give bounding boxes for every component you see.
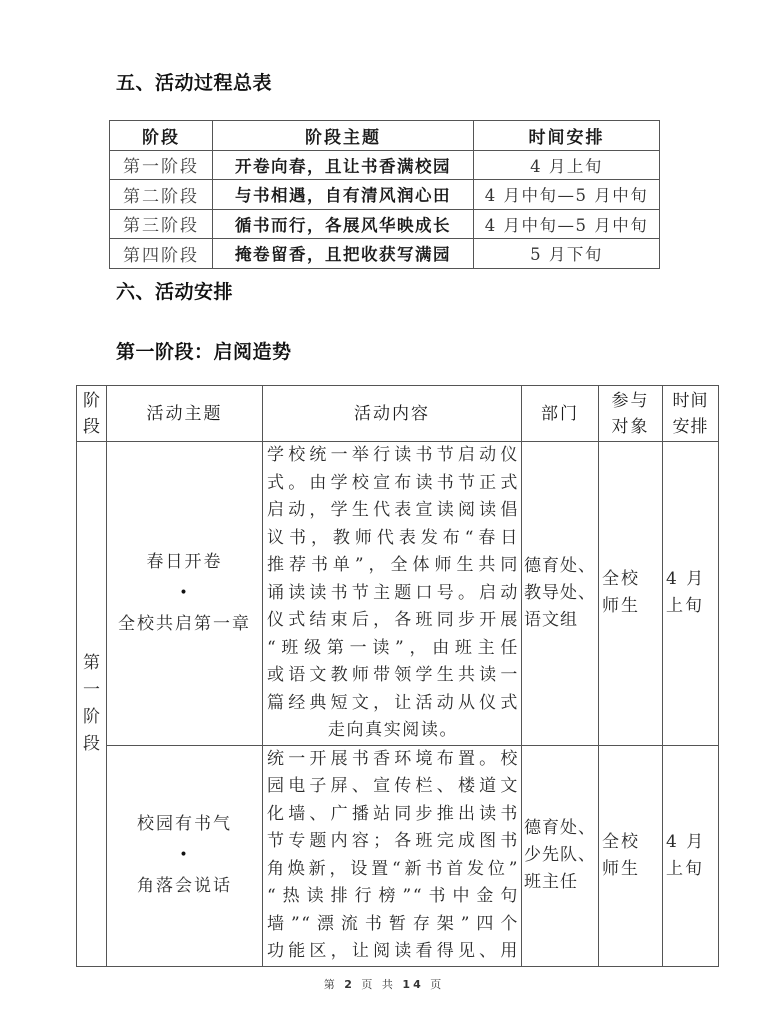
content-line: 式。由学校宣布读书节正式: [267, 470, 519, 498]
stage-label-char: 第: [77, 650, 106, 677]
content-line: 功能区，让阅读看得见、用: [267, 938, 519, 966]
section-heading-summary: 五、活动过程总表: [116, 68, 272, 95]
time-cell: 4 月中旬—5 月中旬: [474, 209, 660, 239]
time-cell: 5 月下旬: [474, 239, 660, 269]
header-dept: 部门: [522, 386, 599, 442]
header-stage-line: 段: [77, 414, 106, 440]
theme-cell: 开卷向春，且让书香满校园: [213, 150, 474, 180]
header-time-line: 时间: [663, 388, 718, 414]
theme-cell: 校园有书气 • 角落会说话: [107, 745, 263, 966]
content-line: 化墙、广播站同步推出读书: [267, 801, 519, 829]
theme-cell: 掩卷留香，且把收获写满园: [213, 239, 474, 269]
header-stage-line: 阶: [77, 388, 106, 414]
dept-line: 德育处、: [524, 815, 598, 842]
summary-table-header: 阶段 阶段主题 时间安排: [110, 121, 660, 151]
stage-label-cell: 第 一 阶 段: [77, 442, 107, 967]
stage-label-char: 段: [77, 731, 106, 758]
page-footer: 第 2 页 共 14 页: [0, 976, 768, 992]
content-line: 走向真实阅读。: [267, 717, 519, 745]
theme-title: 校园有书气: [107, 809, 262, 840]
header-target-line: 对象: [599, 414, 662, 440]
table-row: 校园有书气 • 角落会说话 统一开展书香环境布置。校 园电子屏、宣传栏、楼道文 …: [77, 745, 719, 966]
theme-cell: 与书相遇，自有清风润心田: [213, 180, 474, 210]
theme-subtitle: 角落会说话: [107, 871, 262, 902]
content-line: 或语文教师带领学生共读一: [267, 662, 519, 690]
dept-line: 语文组: [524, 607, 598, 634]
time-line: 上旬: [666, 856, 718, 883]
table-row: 第 一 阶 段 春日开卷 • 全校共启第一章 学校统一举行读书节启动仪 式。由学…: [77, 442, 719, 746]
dept-cell: 德育处、 教导处、 语文组: [522, 442, 599, 746]
header-stage: 阶段: [110, 121, 213, 151]
content-line: “班级第一读”，由班主任: [267, 635, 519, 663]
content-line: “热读排行榜”“书中金句: [267, 883, 519, 911]
content-line: 启动，学生代表宣读阅读倡: [267, 497, 519, 525]
time-line: 上旬: [666, 593, 718, 620]
page-number: 2: [344, 978, 355, 991]
activity-table-header: 阶 段 活动主题 活动内容 部门 参与 对象 时间 安排: [77, 386, 719, 442]
target-cell: 全校 师生: [599, 442, 663, 746]
stage-label-char: 阶: [77, 704, 106, 731]
header-stage: 阶 段: [77, 386, 107, 442]
stage-cell: 第四阶段: [110, 239, 213, 269]
content-line: 统一开展书香环境布置。校: [267, 746, 519, 774]
dept-cell: 德育处、 少先队、 班主任: [522, 745, 599, 966]
time-cell: 4 月中旬—5 月中旬: [474, 180, 660, 210]
dept-line: 班主任: [524, 869, 598, 896]
summary-table: 阶段 阶段主题 时间安排 第一阶段 开卷向春，且让书香满校园 4 月上旬 第二阶…: [109, 120, 660, 269]
content-line: 推荐书单”，全体师生共同: [267, 552, 519, 580]
table-row: 第四阶段 掩卷留香，且把收获写满园 5 月下旬: [110, 239, 660, 269]
footer-prefix: 第: [324, 978, 338, 991]
dept-line: 教导处、: [524, 580, 598, 607]
dept-line: 少先队、: [524, 842, 598, 869]
content-line: 墙”“漂流书暂存架”四个: [267, 911, 519, 939]
content-cell: 学校统一举行读书节启动仪 式。由学校宣布读书节正式 启动，学生代表宣读阅读倡 议…: [263, 442, 522, 746]
theme-subtitle: 全校共启第一章: [107, 609, 262, 640]
header-time: 时间安排: [474, 121, 660, 151]
stage-cell: 第三阶段: [110, 209, 213, 239]
content-line: 园电子屏、宣传栏、楼道文: [267, 773, 519, 801]
footer-middle: 页 共: [361, 978, 396, 991]
content-line: 篇经典短文，让活动从仪式: [267, 690, 519, 718]
header-target-line: 参与: [599, 388, 662, 414]
time-line: 4 月: [666, 566, 718, 593]
target-line: 全校: [602, 566, 662, 593]
header-target: 参与 对象: [599, 386, 663, 442]
target-cell: 全校 师生: [599, 745, 663, 966]
total-pages: 14: [402, 978, 423, 991]
stage1-heading: 第一阶段：启阅造势: [116, 337, 292, 364]
theme-cell: 循书而行，各展风华映成长: [213, 209, 474, 239]
section-heading-arrangement: 六、活动安排: [116, 277, 233, 304]
dept-line: 德育处、: [524, 553, 598, 580]
content-line: 学校统一举行读书节启动仪: [267, 442, 519, 470]
stage-label-char: 一: [77, 677, 106, 704]
content-line: 仪式结束后，各班同步开展: [267, 607, 519, 635]
bullet-dot-icon: •: [107, 578, 262, 609]
content-line: 角焕新，设置“新书首发位”: [267, 856, 519, 884]
theme-cell: 春日开卷 • 全校共启第一章: [107, 442, 263, 746]
content-line: 议书，教师代表发布“春日: [267, 525, 519, 553]
stage-cell: 第一阶段: [110, 150, 213, 180]
target-line: 全校: [602, 829, 662, 856]
table-row: 第一阶段 开卷向春，且让书香满校园 4 月上旬: [110, 150, 660, 180]
table-row: 第三阶段 循书而行，各展风华映成长 4 月中旬—5 月中旬: [110, 209, 660, 239]
header-theme: 阶段主题: [213, 121, 474, 151]
theme-title: 春日开卷: [107, 547, 262, 578]
content-cell: 统一开展书香环境布置。校 园电子屏、宣传栏、楼道文 化墙、广播站同步推出读书 节…: [263, 745, 522, 966]
activity-table: 阶 段 活动主题 活动内容 部门 参与 对象 时间 安排 第 一 阶 段 春日开…: [76, 385, 719, 967]
target-line: 师生: [602, 593, 662, 620]
header-theme: 活动主题: [107, 386, 263, 442]
header-time: 时间 安排: [663, 386, 719, 442]
content-line: 节专题内容；各班完成图书: [267, 828, 519, 856]
target-line: 师生: [602, 856, 662, 883]
header-time-line: 安排: [663, 414, 718, 440]
footer-suffix: 页: [430, 978, 444, 991]
time-cell: 4 月 上旬: [663, 745, 719, 966]
time-cell: 4 月 上旬: [663, 442, 719, 746]
header-content: 活动内容: [263, 386, 522, 442]
stage-cell: 第二阶段: [110, 180, 213, 210]
content-line: 诵读读书节主题口号。启动: [267, 580, 519, 608]
time-line: 4 月: [666, 829, 718, 856]
bullet-dot-icon: •: [107, 840, 262, 871]
table-row: 第二阶段 与书相遇，自有清风润心田 4 月中旬—5 月中旬: [110, 180, 660, 210]
time-cell: 4 月上旬: [474, 150, 660, 180]
